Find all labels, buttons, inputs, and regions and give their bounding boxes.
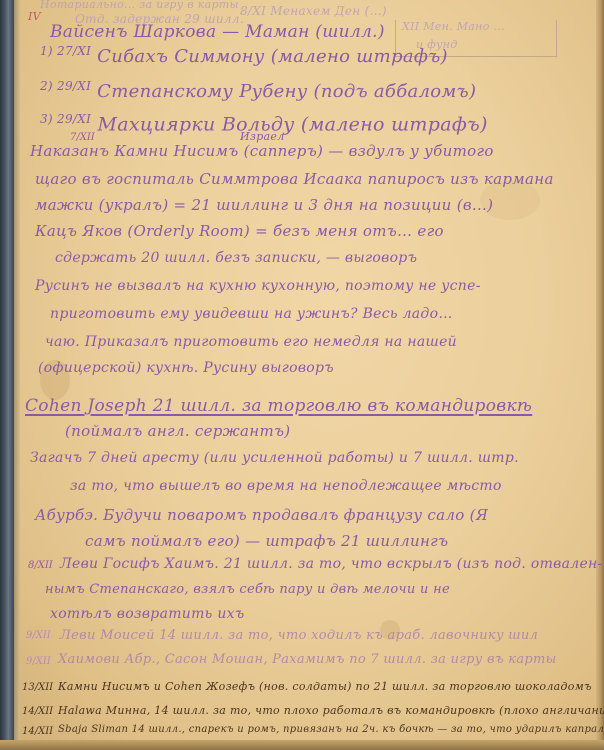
entry-date: 9/XII xyxy=(26,630,51,641)
entry-date: 14/XII xyxy=(22,726,53,737)
entry-row: щаго въ госпиталь Симмтрова Исаака папир… xyxy=(35,170,554,188)
entry-row: 1) 27/XI Сибахъ Симмону (малено штрафъ) xyxy=(40,44,448,67)
entry-row: Halawa Минна, 14 шилл. за то, что плохо … xyxy=(58,704,604,717)
page-right-edge xyxy=(596,0,604,750)
entry-date: 14/XII xyxy=(22,706,53,717)
entry-row: Камни Нисимъ и Cohen Жозефъ (нов. солдат… xyxy=(58,680,592,693)
entry-row: Хаимови Абр., Сасон Мошан, Рахамимъ по 7… xyxy=(58,652,557,667)
entry-row: Леви Моисей 14 шилл. за то, что ходилъ к… xyxy=(60,628,538,643)
entry-row: чаю. Приказалъ приготовить его немедля н… xyxy=(45,334,457,350)
entry-date: 9/XII xyxy=(26,656,51,667)
entry-row: мажки (укралъ) = 21 шиллинг и 3 дня на п… xyxy=(35,196,493,214)
entry-row: Русинъ не вызвалъ на кухню кухонную, поэ… xyxy=(35,278,481,294)
header-right-note: 8/XI Менахем Ден (...) xyxy=(240,4,387,18)
entry-row: нымъ Степанскаго, взялъ себѣ пару и двѣ … xyxy=(45,582,450,597)
entry-row: Леви Госифъ Хаимъ. 21 шилл. за то, что в… xyxy=(60,556,603,572)
entry-row: (офицерской) кухнѣ. Русину выговоръ xyxy=(38,360,334,376)
entry-row: Sbaja Sliman 14 шилл., спарекъ и ромъ, п… xyxy=(58,724,604,735)
page-bottom-edge xyxy=(0,740,604,750)
page-mark: IV xyxy=(28,10,41,23)
entry-row: Cohen Joseph 21 шилл. за торговлю въ ком… xyxy=(25,396,532,416)
binding-edge xyxy=(14,0,20,750)
entry-row: хотѣлъ возвратить ихъ xyxy=(50,606,245,622)
header-faint-text: Нотариально... за игру в карты xyxy=(40,0,239,11)
entry-row: (поймалъ англ. сержантъ) xyxy=(65,422,290,440)
entry-row: Кацъ Яков (Orderly Room) = безъ меня отъ… xyxy=(35,222,444,240)
entry-row: Наказанъ Камни Нисимъ (сапперъ) — вздулъ… xyxy=(30,142,494,160)
entry-row: сдержать 20 шилл. безъ записки, — выгово… xyxy=(55,250,417,266)
header-title: Вайсенъ Шаркова — Маман (шилл.) xyxy=(50,22,385,42)
entry-date: 8/XII xyxy=(28,560,53,571)
entry-row: 2) 29/XI Степанскому Рубену (подъ аббало… xyxy=(40,79,476,102)
entry-row: приготовить ему увидевши на ужинъ? Весь … xyxy=(50,306,453,322)
entry-row: Загачъ 7 дней аресту (или усиленной рабо… xyxy=(30,450,519,466)
notebook-binding xyxy=(0,0,14,750)
entry-row: Абурбэ. Будучи поваромъ продавалъ францу… xyxy=(35,506,488,524)
notebook-page: Нотариально... за игру в карты IV Отд. з… xyxy=(0,0,604,750)
entry-date: 13/XII xyxy=(22,682,53,693)
entry-row: за то, что вышелъ во время на неподлежащ… xyxy=(70,478,502,494)
entry-row: самъ поймалъ его) — штрафъ 21 шиллингъ xyxy=(85,532,448,550)
